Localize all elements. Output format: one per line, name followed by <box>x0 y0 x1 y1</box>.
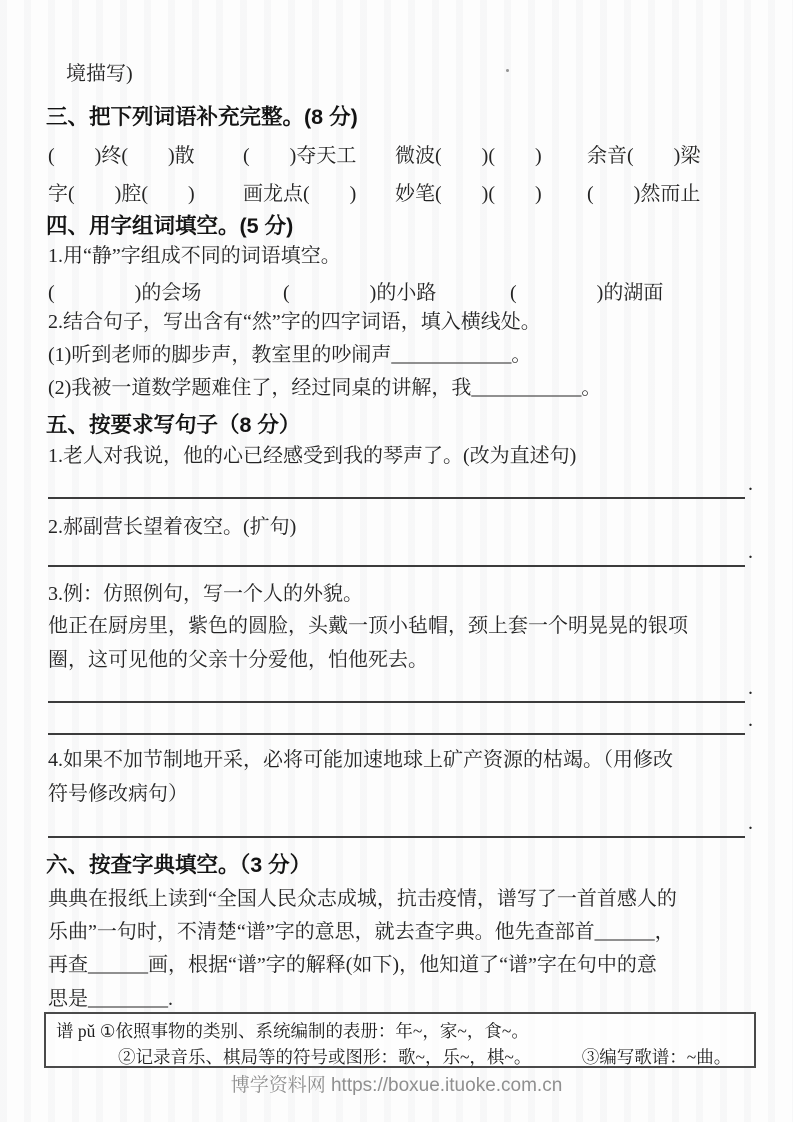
question-text-4-2-1: (1)听到老师的脚步声，教室里的吵闹声____________。 <box>48 343 531 368</box>
blank-item: ( )的会场 <box>48 276 283 305</box>
line-end-period: . <box>748 541 753 564</box>
word-item: 余音( )梁 <box>587 139 753 168</box>
word-completion-row-1: ( )终( )散 ( )夺天工 微波( )( ) 余音( )梁 <box>48 139 753 168</box>
word-item: 字( )腔( ) <box>48 177 243 206</box>
question-text-4-2: 2.结合句子，写出含有“然”字的四字词语，填入横线处。 <box>48 310 541 335</box>
paragraph-line-4: 思是________. <box>48 982 173 1011</box>
question-text-4-2-2: (2)我被一道数学题难住了，经过同桌的讲解，我___________。 <box>48 376 601 401</box>
word-item: 微波( )( ) <box>395 139 587 168</box>
word-item: 画龙点( ) <box>243 177 395 206</box>
word-item: ( )终( )散 <box>48 139 243 168</box>
question-text-5-4-line-1: 4.如果不加节制地开采，必将可能加速地球上矿产资源的枯竭。（用修改 <box>48 748 673 773</box>
word-completion-row-2: 字( )腔( ) 画龙点( ) 妙笔( )( ) ( )然而止 <box>48 177 753 206</box>
blank-item: ( )的湖面 <box>510 276 753 305</box>
question-text-5-4-line-2: 符号修改病句） <box>48 782 188 807</box>
example-sentence-line-1: 他正在厨房里，紫色的圆脸，头戴一顶小毡帽，颈上套一个明晃晃的银项 <box>48 614 688 639</box>
answer-line: . <box>48 814 745 838</box>
paragraph-line-1: 典典在报纸上读到“全国人民众志成城，抗击疫情，谱写了一首首感人的 <box>48 882 677 911</box>
answer-line: . <box>48 711 745 735</box>
line-end-period: . <box>748 473 753 496</box>
section-three-heading: 三、把下列词语补充完整。(8 分) <box>46 100 358 131</box>
section-five-heading: 五、按要求写句子（8 分） <box>46 408 300 439</box>
word-item: ( )然而止 <box>587 177 753 206</box>
page-footer: 博学资料网 https://boxue.ituoke.com.cn <box>0 1070 793 1097</box>
paragraph-line-3: 再查______画，根据“谱”字的解释(如下)，他知道了“谱”字在句中的意 <box>48 948 657 977</box>
section-six-heading: 六、按查字典填空。（3 分） <box>46 848 311 879</box>
scan-speck <box>506 69 509 72</box>
question-text-5-1: 1.老人对我说，他的心已经感受到我的琴声了。(改为直述句) <box>48 444 576 469</box>
question-text-5-3: 3.例：仿照例句，写一个人的外貌。 <box>48 582 363 607</box>
dict-entry-line-1: 谱 pǔ ①依照事物的类别、系统编制的表册：年~，家~，食~。 <box>56 1018 529 1043</box>
word-item: ( )夺天工 <box>243 139 395 168</box>
exam-paper-page: 境描写) 三、把下列词语补充完整。(8 分) ( )终( )散 ( )夺天工 微… <box>0 0 793 1122</box>
line-end-period: . <box>748 677 753 700</box>
answer-line: . <box>48 543 745 567</box>
answer-line: . <box>48 475 745 499</box>
question-text-5-2: 2.郝副营长望着夜空。(扩句) <box>48 515 296 540</box>
line-end-period: . <box>748 709 753 732</box>
dict-entry-line-2: ②记录音乐、棋局等的符号或图形：歌~，乐~，棋~。 ③编写歌谱：~曲。 <box>118 1044 731 1069</box>
dict-sense-2: ②记录音乐、棋局等的符号或图形：歌~，乐~，棋~。 <box>118 1047 531 1067</box>
dictionary-box: 谱 pǔ ①依照事物的类别、系统编制的表册：年~，家~，食~。 ②记录音乐、棋局… <box>44 1012 756 1068</box>
fill-blank-row: ( )的会场 ( )的小路 ( )的湖面 <box>48 276 753 305</box>
blank-item: ( )的小路 <box>283 276 510 305</box>
continuation-line: 境描写) <box>66 62 133 87</box>
paragraph-line-2: 乐曲”一句时，不清楚“谱”字的意思，就去查字典。他先查部首______， <box>48 915 675 944</box>
question-text-4-1: 1.用“静”字组成不同的词语填空。 <box>48 244 341 269</box>
line-end-period: . <box>748 812 753 835</box>
dict-sense-3: ③编写歌谱：~曲。 <box>582 1047 731 1067</box>
section-four-heading: 四、用字组词填空。(5 分) <box>46 209 293 240</box>
answer-line: . <box>48 679 745 703</box>
example-sentence-line-2: 圈，这可见他的父亲十分爱他，怕他死去。 <box>48 648 428 673</box>
word-item: 妙笔( )( ) <box>395 177 587 206</box>
